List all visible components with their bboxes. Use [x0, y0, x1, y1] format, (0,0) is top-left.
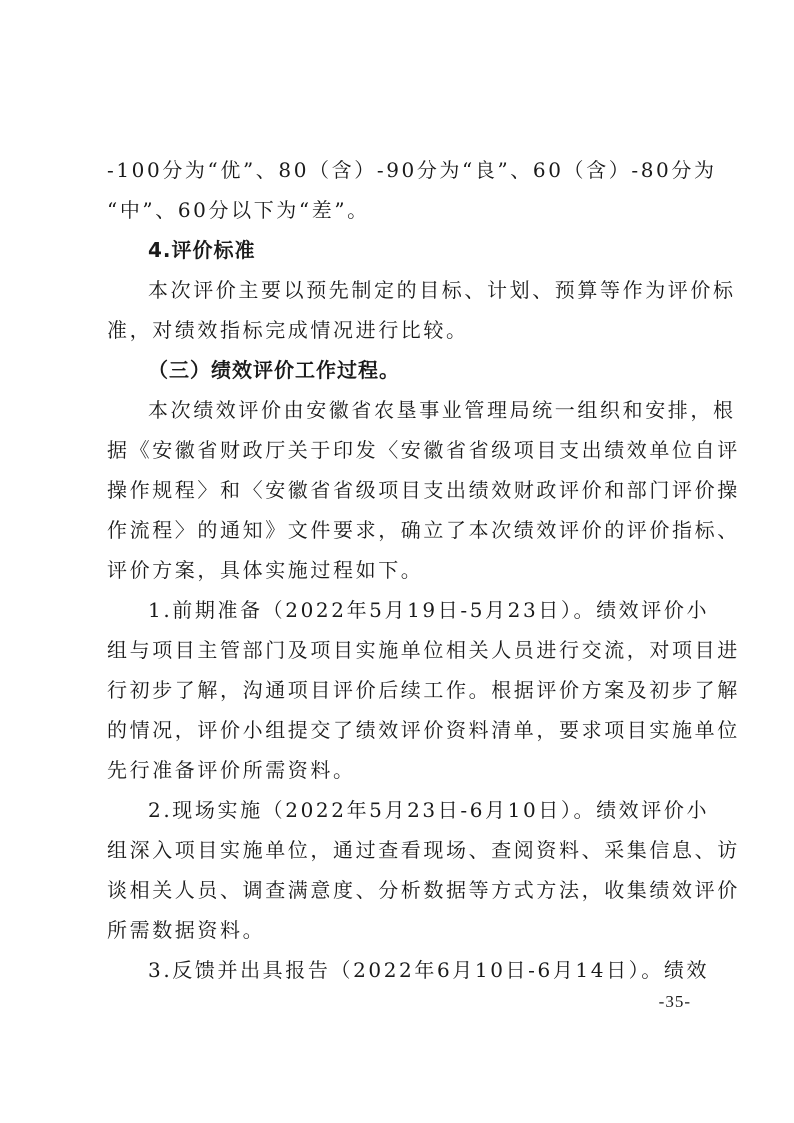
- step-2-line: 2.现场实施（2022年5月23日-6月10日）。绩效评价小: [107, 790, 692, 830]
- text-line: 评价方案，具体实施过程如下。: [107, 550, 692, 590]
- text-line: “中”、60分以下为“差”。: [107, 190, 692, 230]
- text-line: 本次评价主要以预先制定的目标、计划、预算等作为评价标: [107, 270, 692, 310]
- section-heading-evaluation-standard: 4.评价标准: [107, 230, 692, 270]
- section-heading-evaluation-process: （三）绩效评价工作过程。: [107, 350, 692, 390]
- text-line: 组与项目主管部门及项目实施单位相关人员进行交流，对项目进: [107, 630, 692, 670]
- text-line: -100分为“优”、80（含）-90分为“良”、60（含）-80分为: [107, 150, 692, 190]
- document-page: -100分为“优”、80（含）-90分为“良”、60（含）-80分为 “中”、6…: [107, 150, 692, 990]
- step-3-line: 3.反馈并出具报告（2022年6月10日-6月14日）。绩效: [107, 950, 692, 990]
- text-line: 谈相关人员、调查满意度、分析数据等方式方法，收集绩效评价: [107, 870, 692, 910]
- text-line: 作流程〉的通知》文件要求，确立了本次绩效评价的评价指标、: [107, 510, 692, 550]
- page-number: -35-: [659, 992, 691, 1012]
- text-line: 本次绩效评价由安徽省农垦事业管理局统一组织和安排，根: [107, 390, 692, 430]
- text-line: 先行准备评价所需资料。: [107, 750, 692, 790]
- text-line: 的情况，评价小组提交了绩效评价资料清单，要求项目实施单位: [107, 710, 692, 750]
- step-1-line: 1.前期准备（2022年5月19日-5月23日）。绩效评价小: [107, 590, 692, 630]
- text-line: 行初步了解，沟通项目评价后续工作。根据评价方案及初步了解: [107, 670, 692, 710]
- text-line: 据《安徽省财政厅关于印发〈安徽省省级项目支出绩效单位自评: [107, 430, 692, 470]
- text-line: 准，对绩效指标完成情况进行比较。: [107, 310, 692, 350]
- text-line: 操作规程〉和〈安徽省省级项目支出绩效财政评价和部门评价操: [107, 470, 692, 510]
- text-line: 组深入项目实施单位，通过查看现场、查阅资料、采集信息、访: [107, 830, 692, 870]
- text-line: 所需数据资料。: [107, 910, 692, 950]
